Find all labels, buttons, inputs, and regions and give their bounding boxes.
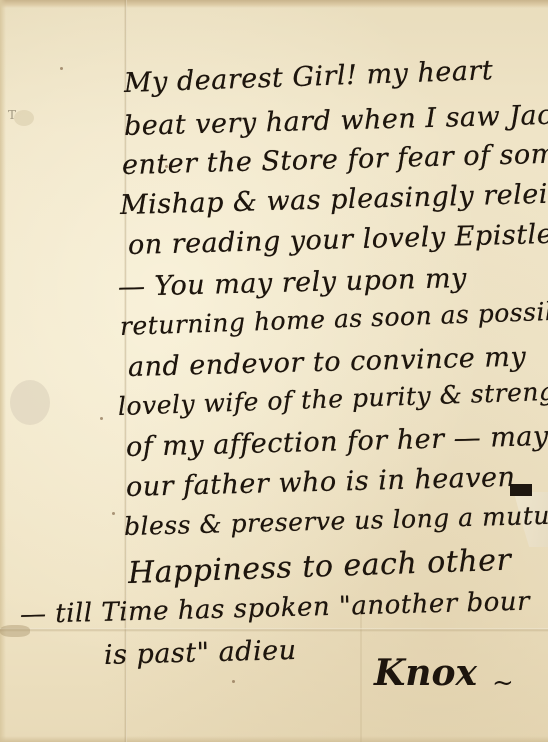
letter-line-3: enter the Store for fear of some (122, 138, 548, 181)
paper-top-edge (0, 0, 548, 8)
letter-line-2: beat very hard when I saw Jacob (124, 99, 548, 142)
letter-line-1: My dearest Girl! my heart (123, 55, 493, 99)
horizontal-fold-crease (0, 628, 548, 632)
ink-speck (112, 512, 115, 515)
signature-flourish: ~ (492, 668, 514, 698)
letter-line-7: returning home as soon as possible (119, 296, 548, 341)
ink-speck (100, 417, 103, 420)
letter-line-9: lovely wife of the purity & strength (117, 376, 548, 421)
ink-speck (232, 680, 235, 683)
signature: Knox (374, 652, 477, 694)
letter-line-15: is past" adieu (104, 635, 297, 671)
letter-line-8: and endevor to convince my (128, 342, 527, 383)
ink-speck (60, 67, 63, 70)
secondary-fold-crease (360, 600, 362, 742)
letter-line-6: — You may rely upon my (118, 263, 468, 303)
letter-line-12: bless & preserve us long a mutual (124, 500, 548, 541)
paper-stain (10, 380, 50, 425)
letter-line-5: on reading your lovely Epistle (128, 219, 548, 261)
paper-stain (14, 110, 34, 126)
letter-line-13: Happiness to each other (127, 543, 511, 591)
letter-line-11: our father who is in heaven (126, 462, 516, 503)
letter-page: T My dearest Girl! my heart beat very ha… (0, 0, 548, 742)
letter-line-4: Mishap & was pleasingly releived (120, 177, 548, 221)
margin-mark: T (8, 108, 16, 122)
letter-line-14: — till Time has spoken "another bour (20, 587, 531, 630)
letter-line-10: of my affection for her — may (126, 421, 548, 463)
paper-bottom-edge (0, 736, 548, 742)
